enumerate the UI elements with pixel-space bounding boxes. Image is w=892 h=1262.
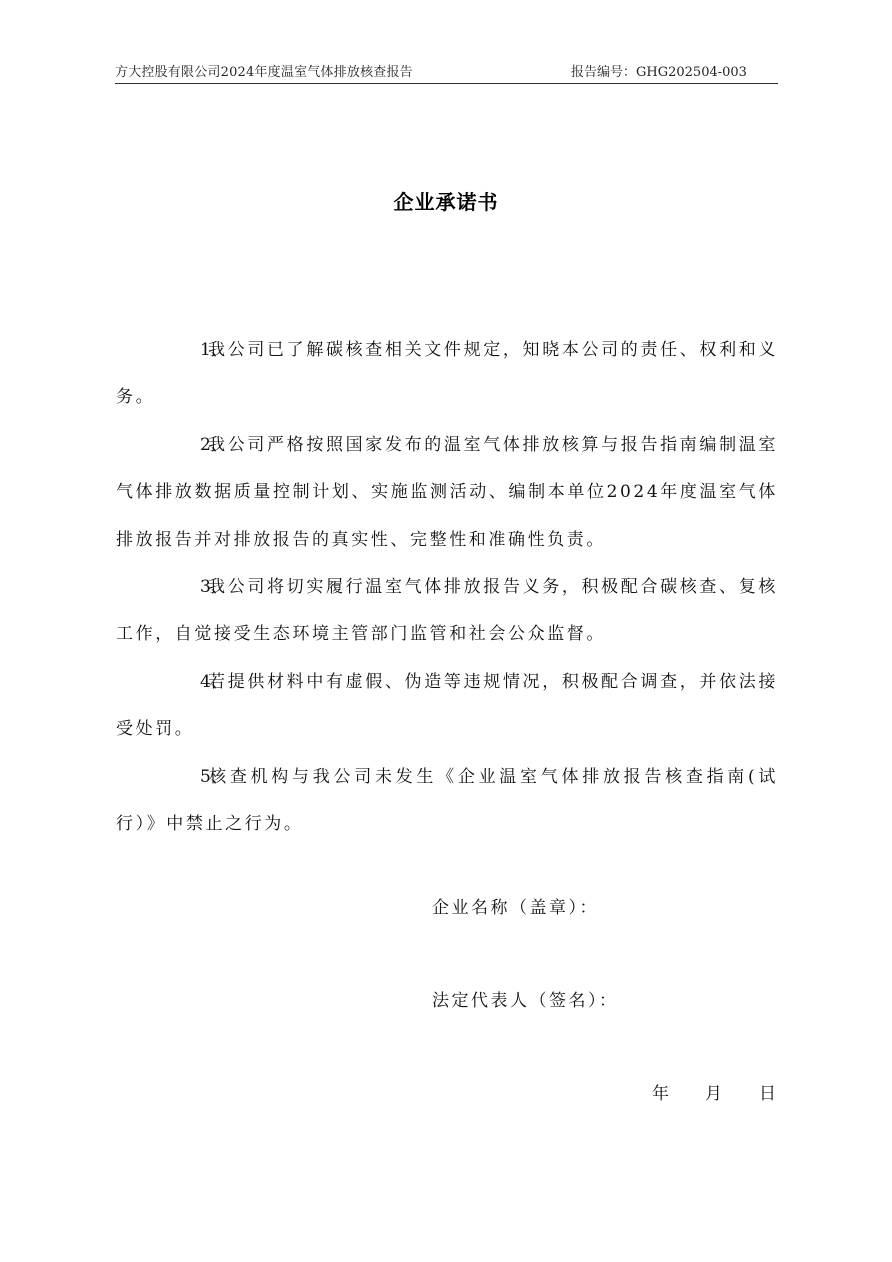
- commitment-body: 1、我公司已了解碳核查相关文件规定，知晓本公司的责任、权利和义务。 2、我公司严…: [116, 327, 778, 848]
- commitment-item-1: 1、我公司已了解碳核查相关文件规定，知晓本公司的责任、权利和义务。: [116, 327, 778, 422]
- report-number-label: 报告编号：: [571, 65, 636, 80]
- item-text: 我公司将切实履行温室气体排放报告义务，积极配合碳核查、复核工作，自觉接受生态环境…: [116, 577, 778, 644]
- company-seal-label: 企业名称（盖章）：: [432, 893, 599, 918]
- item-number: 1、: [158, 327, 208, 374]
- report-number-value: GHG202504-003: [636, 65, 747, 80]
- item-text: 我公司严格按照国家发布的温室气体排放核算与报告指南编制温室气体排放数据质量控制计…: [116, 435, 778, 550]
- report-number: 报告编号：GHG202504-003: [571, 63, 747, 83]
- item-number: 5、: [158, 754, 208, 801]
- page-header: 方大控股有限公司2024年度温室气体排放核查报告 报告编号：GHG202504-…: [115, 63, 778, 84]
- item-number: 4、: [158, 659, 208, 706]
- item-number: 3、: [158, 564, 208, 611]
- commitment-item-4: 4、若提供材料中有虚假、伪造等违规情况，积极配合调查，并依法接受处罚。: [116, 659, 778, 754]
- date-day: 日: [759, 1079, 776, 1104]
- date-month: 月: [705, 1079, 722, 1104]
- report-title-header: 方大控股有限公司2024年度温室气体排放核查报告: [115, 63, 413, 83]
- item-number: 2、: [158, 422, 208, 469]
- commitment-item-5: 5、核查机构与我公司未发生《企业温室气体排放报告核查指南(试行）》中禁止之行为。: [116, 754, 778, 849]
- commitment-item-2: 2、我公司严格按照国家发布的温室气体排放核算与报告指南编制温室气体排放数据质量控…: [116, 422, 778, 564]
- document-title: 企业承诺书: [0, 186, 892, 215]
- legal-representative-label: 法定代表人（签名）：: [432, 986, 619, 1011]
- item-text: 核查机构与我公司未发生《企业温室气体排放报告核查指南(试行）》中禁止之行为。: [116, 767, 778, 834]
- commitment-item-3: 3、我公司将切实履行温室气体排放报告义务，积极配合碳核查、复核工作，自觉接受生态…: [116, 564, 778, 659]
- date-year: 年: [652, 1079, 669, 1104]
